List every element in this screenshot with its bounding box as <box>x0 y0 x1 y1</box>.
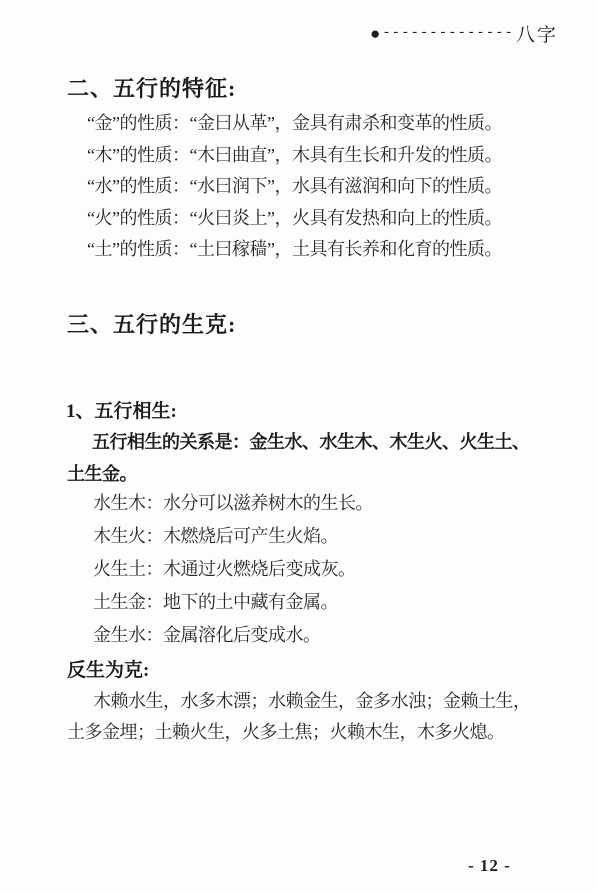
page-header: ● -------------- 八字 <box>370 20 558 47</box>
fansheng-line2: 土多金埋；土赖火生，火多土焦；火赖木生，木多火熄。 <box>67 717 505 749</box>
list-item: 火生土：木通过火燃烧后变成灰。 <box>93 553 373 586</box>
traits-paragraph: “金”的性质：“金曰从革”，金具有肃杀和变革的性质。 “木”的性质：“木曰曲直”… <box>87 108 502 266</box>
paragraph-line: “土”的性质：“土曰稼穑”，土具有长养和化育的性质。 <box>87 234 502 266</box>
paragraph-line: “木”的性质：“木曰曲直”，木具有生长和升发的性质。 <box>87 140 502 172</box>
header-chapter-label: 八字 <box>516 20 558 47</box>
subsection-title-sheng: 1、五行相生: <box>66 396 177 423</box>
sheng-item-list: 水生木：水分可以滋养树木的生长。 木生火：木燃烧后可产生火焰。 火生土：木通过火… <box>93 487 373 652</box>
list-item: 水生木：水分可以滋养树木的生长。 <box>93 487 373 520</box>
paragraph-line: “火”的性质：“火曰炎上”，火具有发热和向上的性质。 <box>87 203 502 235</box>
paragraph-line: “水”的性质：“水曰润下”，水具有滋润和向下的性质。 <box>87 171 502 203</box>
sheng-intro-line1: 五行相生的关系是：金生水、水生木、木生火、火生土、 <box>92 428 530 454</box>
section-title-traits: 二、五行的特征: <box>67 72 236 103</box>
header-dashes: -------------- <box>382 25 514 41</box>
fansheng-title: 反生为克: <box>67 655 149 682</box>
list-item: 木生火：木燃烧后可产生火焰。 <box>93 520 373 553</box>
section-title-shengke: 三、五行的生克: <box>67 308 236 339</box>
book-page: ● -------------- 八字 二、五行的特征: “金”的性质：“金曰从… <box>0 0 598 894</box>
list-item: 土生金：地下的土中藏有金属。 <box>93 586 373 619</box>
sheng-intro-line2: 土生金。 <box>67 460 137 486</box>
bullet-dot-icon: ● <box>370 25 380 42</box>
page-number: - 12 - <box>468 856 511 876</box>
list-item: 金生水：金属溶化后变成水。 <box>93 619 373 652</box>
paragraph-line: “金”的性质：“金曰从革”，金具有肃杀和变革的性质。 <box>87 108 502 140</box>
fansheng-line1: 木赖水生，水多木漂；水赖金生，金多水浊；金赖土生， <box>93 686 531 718</box>
